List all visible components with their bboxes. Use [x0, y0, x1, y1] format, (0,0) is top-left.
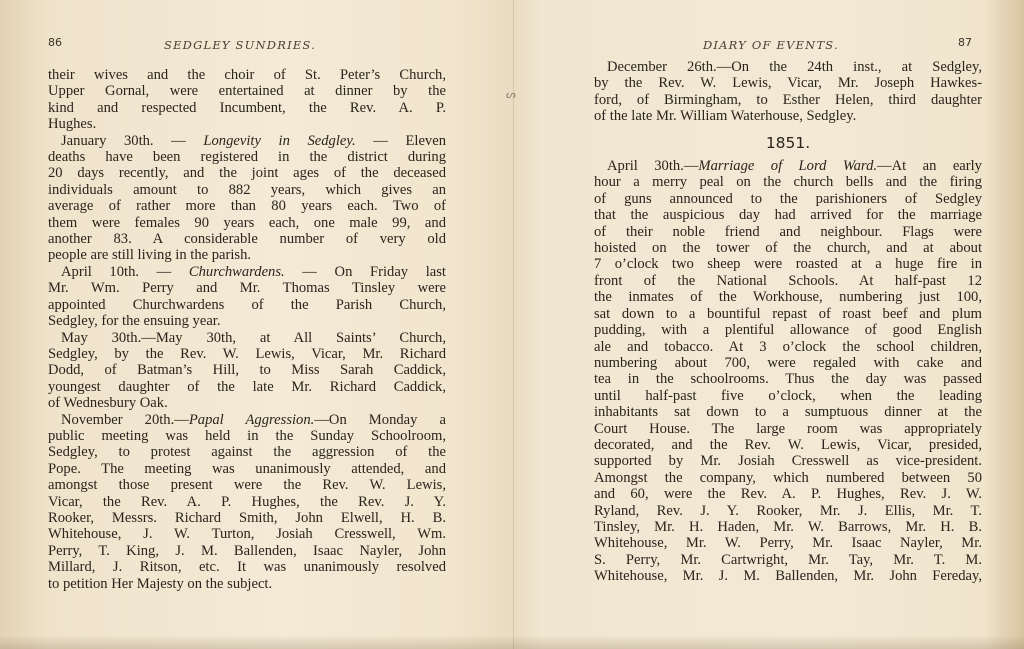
text-line: Ryland, Rev. J. Y. Rooker, Mr. J. Ellis,…: [594, 503, 982, 519]
text-line: Dodd, of Batman’s Hill, to Miss Sarah Ca…: [48, 362, 446, 378]
text-line: youngest daughter of the late Mr. Richar…: [48, 379, 446, 395]
line-text: of the late Mr. William Waterhouse, Sedg…: [594, 108, 856, 124]
line-text: Rooker, Messrs. Richard Smith, John Elwe…: [48, 510, 446, 526]
text-line: another 83. A considerable number of ver…: [48, 231, 446, 247]
text-line: Perry, T. King, J. M. Ballenden, Isaac N…: [48, 543, 446, 559]
line-text: Whitehouse, Mr. J. M. Ballenden, Mr. Joh…: [594, 568, 982, 584]
line-text: 20 days recently, and the joint ages of …: [48, 165, 446, 181]
entry-title: Churchwardens.: [189, 264, 285, 280]
line-text: Perry, T. King, J. M. Ballenden, Isaac N…: [48, 543, 446, 559]
line-text: ale and tobacco. At 3 o’clock the school…: [594, 339, 982, 355]
page-edge-shadow: [0, 635, 1024, 649]
text-line: Hughes.: [48, 116, 446, 132]
line-text: At an early: [892, 158, 982, 174]
text-line: appointed Churchwardens of the Parish Ch…: [48, 297, 446, 313]
text-line: by the Rev. W. Lewis, Vicar, Mr. Joseph …: [594, 75, 982, 91]
text-line: Mr. Wm. Perry and Mr. Thomas Tinsley wer…: [48, 280, 446, 296]
line-text: Pope. The meeting was unanimously attend…: [48, 461, 446, 477]
text-line: Vicar, the Rev. A. P. Hughes, the Rev. J…: [48, 494, 446, 510]
line-text: of their noble friend and neighbour. Fla…: [594, 224, 982, 240]
line-text: Whitehouse, Mr. W. Perry, Mr. Isaac Nayl…: [594, 535, 982, 551]
line-text: On Friday last: [335, 264, 446, 280]
entry-heading-line: January 30th. — Longevity in Sedgley. — …: [48, 133, 446, 149]
text-line: of Wednesbury Oak.: [48, 395, 446, 411]
text-line: hoisted on the tower of the church, and …: [594, 240, 982, 256]
right-page-body: December 26th.—On the 24th inst., at Sed…: [594, 59, 982, 585]
text-line: their wives and the choir of St. Peter’s…: [48, 67, 446, 83]
entry-date: May 30th.: [61, 330, 141, 346]
text-line: kind and respected Incumbent, the Rev. A…: [48, 100, 446, 116]
line-text: the inmates of the Workhouse, numbering …: [594, 289, 982, 305]
text-line: individuals amount to 882 years, which g…: [48, 182, 446, 198]
entry-title: Papal Aggression.: [189, 412, 314, 428]
text-line: ale and tobacco. At 3 o’clock the school…: [594, 339, 982, 355]
line-text: numbering about 700, were regaled with c…: [594, 355, 982, 371]
entry-heading-line: December 26th.—On the 24th inst., at Sed…: [594, 59, 982, 75]
entry-heading-line: November 20th.—Papal Aggression.—On Mond…: [48, 412, 446, 428]
line-text: by the Rev. W. Lewis, Vicar, Mr. Joseph …: [594, 75, 982, 91]
text-line: Court House. The large room was appropri…: [594, 421, 982, 437]
running-head-left: SEDGLEY SUNDRIES.: [164, 38, 316, 52]
line-text: sat down to a bountiful repast of roast …: [594, 306, 982, 322]
line-text: and 60, were the Rev. A. P. Hughes, Rev.…: [594, 486, 982, 502]
line-text: On the 24th inst., at Sedgley,: [731, 59, 982, 75]
text-line: Rooker, Messrs. Richard Smith, John Elwe…: [48, 510, 446, 526]
entry-heading-line: April 10th. — Churchwardens. — On Friday…: [48, 264, 446, 280]
text-line: Sedgley, by the Rev. W. Lewis, Vicar, Mr…: [48, 346, 446, 362]
line-text: Vicar, the Rev. A. P. Hughes, the Rev. J…: [48, 494, 446, 510]
line-text: average of rather more than 80 years eac…: [48, 198, 446, 214]
text-line: tea in the schoolrooms. Thus the day was…: [594, 371, 982, 387]
entry-date: April 30th.: [607, 158, 684, 174]
line-text: Dodd, of Batman’s Hill, to Miss Sarah Ca…: [48, 362, 446, 378]
text-line: average of rather more than 80 years eac…: [48, 198, 446, 214]
line-text: Sedgley, by the Rev. W. Lewis, Vicar, Mr…: [48, 346, 446, 362]
line-text: Ryland, Rev. J. Y. Rooker, Mr. J. Ellis,…: [594, 503, 982, 519]
text-line: Sedgley, to protest against the aggressi…: [48, 444, 446, 460]
entry-april-30: April 30th.—Marriage of Lord Ward.—At an…: [594, 158, 982, 585]
text-line: pudding, with a plentiful allowance of g…: [594, 322, 982, 338]
page-number-left: 86: [48, 36, 62, 49]
entry-title: Longevity in Sedgley.: [203, 133, 355, 149]
text-line: that the auspicious day had arrived for …: [594, 207, 982, 223]
text-line: numbering about 700, were regaled with c…: [594, 355, 982, 371]
line-text: Tinsley, Mr. H. Haden, Mr. W. Barrows, M…: [594, 519, 982, 535]
text-line: 7 o’clock two sheep were roasted at a hu…: [594, 256, 982, 272]
text-line: supported by Mr. Josiah Cresswell as vic…: [594, 453, 982, 469]
text-line: Amongst the company, which numbered betw…: [594, 470, 982, 486]
line-text: Court House. The large room was appropri…: [594, 421, 982, 437]
text-line: front of the National Schools. At half-p…: [594, 273, 982, 289]
text-line: of guns announced to the parishioners of…: [594, 191, 982, 207]
text-line: Tinsley, Mr. H. Haden, Mr. W. Barrows, M…: [594, 519, 982, 535]
text-line: and 60, were the Rev. A. P. Hughes, Rev.…: [594, 486, 982, 502]
line-text: Millard, J. Ritson, etc. It was unanimou…: [48, 559, 446, 575]
line-text: S. Perry, Mr. Cartwright, Mr. Tay, Mr. T…: [594, 552, 982, 568]
line-text: people are still living in the parish.: [48, 247, 251, 263]
running-head-right: DIARY OF EVENTS.: [703, 38, 839, 52]
line-text: Whitehouse, J. W. Turton, Josiah Cresswe…: [48, 526, 446, 542]
text-line: to petition Her Majesty on the subject.: [48, 576, 446, 592]
gutter-stain-mark: ᔕ: [506, 88, 516, 101]
text-line: Whitehouse, Mr. W. Perry, Mr. Isaac Nayl…: [594, 535, 982, 551]
line-text: until half-past five o’clock, when the l…: [594, 388, 982, 404]
text-line: hour a merry peal on the church bells an…: [594, 174, 982, 190]
entry-date: December 26th.: [607, 59, 717, 75]
line-text: Eleven: [405, 133, 446, 149]
text-line: Millard, J. Ritson, etc. It was unanimou…: [48, 559, 446, 575]
entry-heading-line: April 30th.—Marriage of Lord Ward.—At an…: [594, 158, 982, 174]
line-text: kind and respected Incumbent, the Rev. A…: [48, 100, 446, 116]
year-heading: 1851.: [594, 135, 982, 151]
line-text: appointed Churchwardens of the Parish Ch…: [48, 297, 446, 313]
text-line: S. Perry, Mr. Cartwright, Mr. Tay, Mr. T…: [594, 552, 982, 568]
text-line: 20 days recently, and the joint ages of …: [48, 165, 446, 181]
line-text: Sedgley, to protest against the aggressi…: [48, 444, 446, 460]
line-text: deaths have been registered in the distr…: [48, 149, 446, 165]
line-text: inhabitants sat down to a sumptuous dinn…: [594, 404, 982, 420]
text-line: Pope. The meeting was unanimously attend…: [48, 461, 446, 477]
line-text: Sedgley, for the ensuing year.: [48, 313, 221, 329]
entry-date: April 10th.: [61, 264, 139, 280]
line-text: Hughes.: [48, 116, 96, 132]
line-text: youngest daughter of the late Mr. Richar…: [48, 379, 446, 395]
text-line: deaths have been registered in the distr…: [48, 149, 446, 165]
text-line: until half-past five o’clock, when the l…: [594, 388, 982, 404]
text-line: of their noble friend and neighbour. Fla…: [594, 224, 982, 240]
entry-date: January 30th.: [61, 133, 154, 149]
text-line: public meeting was held in the Sunday Sc…: [48, 428, 446, 444]
line-text: of Wednesbury Oak.: [48, 395, 168, 411]
line-text: On Monday a: [329, 412, 446, 428]
text-line: the inmates of the Workhouse, numbering …: [594, 289, 982, 305]
entry-date: November 20th.: [61, 412, 174, 428]
line-text: Amongst the company, which numbered betw…: [594, 470, 982, 486]
text-line: Whitehouse, Mr. J. M. Ballenden, Mr. Joh…: [594, 568, 982, 584]
line-text: amongst those present were the Rev. W. L…: [48, 477, 446, 493]
entry-heading-line: May 30th.—May 30th, at All Saints’ Churc…: [48, 330, 446, 346]
text-line: Whitehouse, J. W. Turton, Josiah Cresswe…: [48, 526, 446, 542]
line-text: that the auspicious day had arrived for …: [594, 207, 982, 223]
line-text: their wives and the choir of St. Peter’s…: [48, 67, 446, 83]
line-text: public meeting was held in the Sunday Sc…: [48, 428, 446, 444]
line-text: to petition Her Majesty on the subject.: [48, 576, 272, 592]
line-text: hoisted on the tower of the church, and …: [594, 240, 982, 256]
line-text: Upper Gornal, were entertained at dinner…: [48, 83, 446, 99]
line-text: supported by Mr. Josiah Cresswell as vic…: [594, 453, 982, 469]
left-page: 86 SEDGLEY SUNDRIES. their wives and the…: [0, 0, 512, 649]
page-number-right: 87: [958, 36, 972, 49]
line-text: May 30th, at All Saints’ Church,: [156, 330, 446, 346]
entry-december-26: December 26th.—On the 24th inst., at Sed…: [594, 59, 982, 125]
text-line: ford, of Birmingham, to Esther Helen, th…: [594, 92, 982, 108]
line-text: decorated, and the Rev. W. Lewis, Vicar,…: [594, 437, 982, 453]
line-text: pudding, with a plentiful allowance of g…: [594, 322, 982, 338]
line-text: hour a merry peal on the church bells an…: [594, 174, 982, 190]
line-text: front of the National Schools. At half-p…: [594, 273, 982, 289]
text-line: sat down to a bountiful repast of roast …: [594, 306, 982, 322]
line-text: another 83. A considerable number of ver…: [48, 231, 446, 247]
left-page-body: their wives and the choir of St. Peter’s…: [48, 67, 446, 592]
line-text: 7 o’clock two sheep were roasted at a hu…: [594, 256, 982, 272]
text-line: amongst those present were the Rev. W. L…: [48, 477, 446, 493]
right-page: DIARY OF EVENTS. 87 December 26th.—On th…: [512, 0, 1024, 649]
text-line: people are still living in the parish.: [48, 247, 446, 263]
line-text: tea in the schoolrooms. Thus the day was…: [594, 371, 982, 387]
text-line: of the late Mr. William Waterhouse, Sedg…: [594, 108, 982, 124]
entry-title: Marriage of Lord Ward.: [698, 158, 877, 174]
text-line: them were females 90 years each, one mal…: [48, 215, 446, 231]
line-text: Mr. Wm. Perry and Mr. Thomas Tinsley wer…: [48, 280, 446, 296]
line-text: ford, of Birmingham, to Esther Helen, th…: [594, 92, 982, 108]
text-line: inhabitants sat down to a sumptuous dinn…: [594, 404, 982, 420]
line-text: of guns announced to the parishioners of…: [594, 191, 982, 207]
text-line: Sedgley, for the ensuing year.: [48, 313, 446, 329]
line-text: individuals amount to 882 years, which g…: [48, 182, 446, 198]
text-line: decorated, and the Rev. W. Lewis, Vicar,…: [594, 437, 982, 453]
text-line: Upper Gornal, were entertained at dinner…: [48, 83, 446, 99]
line-text: them were females 90 years each, one mal…: [48, 215, 446, 231]
